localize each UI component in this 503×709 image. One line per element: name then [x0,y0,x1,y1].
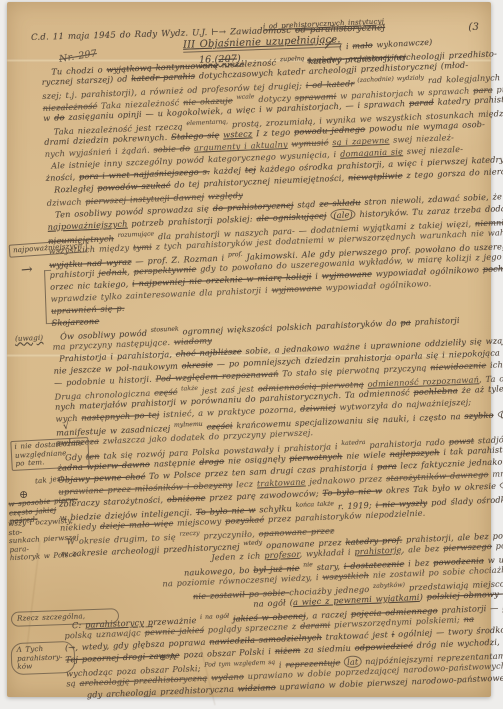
text-run: obniżone [167,492,206,504]
text-run: okresie [181,359,213,370]
text-run: część [154,387,178,398]
text-run: wymusić [291,138,329,150]
text-run: wydano [211,672,244,683]
text-run: jednak [98,266,127,277]
page-number: (3 [468,22,479,33]
text-run: darami [300,620,331,631]
text-run: pozyskać [225,514,264,526]
text-run: dziwniej [300,403,336,414]
text-run: perspektywnie [133,264,196,277]
text-run: ⊢→ [211,27,230,38]
text-run: sprawami [295,91,337,103]
text-run: na ogół ( [253,597,293,609]
text-run: także [181,385,198,393]
text-run: tymi [133,241,152,252]
text-run: stosunek [151,326,179,334]
text-run: sobie do [153,143,190,155]
text-run: para [473,85,493,96]
text-run: To było nie w [322,485,382,497]
text-run: nie okazuje [183,95,233,107]
text-run: prahistorji i [492,82,503,94]
text-run: ich przewag, [486,358,503,371]
text-run: dziwach [46,196,85,208]
text-run: końca także [295,500,334,509]
text-run: rzeczy [179,530,199,538]
text-run: Rozległej [54,183,98,195]
text-run: polską uznawając [64,627,145,640]
text-run: wiadomy [174,335,213,347]
text-run: III [183,39,200,51]
text-run: prahistorję [354,545,402,557]
text-run: (ogólniej) [500,477,503,491]
text-run: (ale) [330,208,356,221]
text-run: miejscowy [173,516,225,528]
text-run: Stałego się [171,130,220,142]
checkmark-icon: √ [62,421,70,433]
text-run: , wykładał i [299,546,354,558]
margin-note: Λ Tych parahistory- ków [10,641,75,675]
text-run: dotyczy [254,93,295,105]
text-run: swej niezale- [403,144,463,156]
text-run: prahistorji [49,268,98,280]
text-run: nie wiele [342,449,390,461]
text-run: katedra [341,439,365,447]
margin-note: (uwagi) [15,333,63,343]
text-run: wyjmowane [271,283,322,295]
arrow-icon: → [145,622,154,634]
text-run: uprawnień się p. [51,303,125,316]
text-run: pochlebnie [482,262,503,274]
text-run: parad [409,97,434,108]
arrow-icon: → [20,262,33,279]
circled-plus-icon: ⊕ Λ [159,653,176,664]
text-run: żności, [45,172,79,183]
text-run: Skojarzone [51,316,99,328]
text-run: względy [208,189,243,200]
text-run: prof. [228,251,243,259]
text-run: każdej [210,165,246,176]
margin-note: i nie dostatecznie uwzględniane po tem. [10,437,89,471]
circled-plus-icon: ⊕ [19,488,28,501]
text-run: i [311,271,322,281]
text-run: ze składu [319,197,361,209]
text-run: następnych po tej [81,410,159,423]
text-run: wszystkich [322,570,369,582]
margin-note: wszy i oczywisty, sto- sunkach pierwszej… [8,516,90,563]
text-run: domagania się [340,147,403,160]
text-run: mylnemu [174,421,203,429]
text-run: są [66,678,80,689]
text-run: (zachodnie) wydziały [354,74,424,84]
text-run: Pod tym względem są [204,659,275,669]
text-run: ( i [339,42,353,52]
text-run: drogo [199,455,224,466]
text-run: i na ogół [200,613,229,621]
paper-sheet: C.d. 11 maja 1945 do Rady Wydz. U.J. ⊢→ … [7,2,491,697]
text-run: na [463,614,474,624]
text-run: jednakowo przez [305,473,386,486]
text-run: lecz [232,478,257,489]
text-run: wyjmowane [322,268,373,280]
text-run: elementarną, [186,119,228,128]
text-run: stąd [293,198,319,209]
text-run: pochlebna [413,386,458,398]
text-run: wtedy [243,539,262,547]
text-run: zabytków) [373,582,405,590]
text-run: zupełną [280,55,305,63]
text-run: profesor [264,549,300,560]
text-run: para [377,460,397,471]
text-run: traktowane [257,476,306,488]
text-run: stadjów [474,433,503,445]
text-run: nie [303,561,313,568]
text-run: Jeden z ich [211,550,264,562]
text-run: I z tego [252,127,294,139]
text-run: pierwszego [443,541,492,553]
text-run: porozumienia; [492,538,503,551]
text-run: powst [449,435,475,446]
text-run: , ale bez [401,543,443,555]
text-run: rozumujące [117,230,154,238]
text-run: wstecz [223,129,253,140]
text-run: w [43,113,54,123]
scanned-manuscript-page: { "page": { "number": "(3" }, "colors": … [0,0,503,709]
text-run: wcale [236,93,254,101]
text-run: niżem [275,645,301,656]
text-run: widziano [238,682,276,694]
manuscript-body: Tu chodzi o wyjątkową kontynuowaną nieza… [41,45,503,701]
text-run: mało [352,41,373,51]
